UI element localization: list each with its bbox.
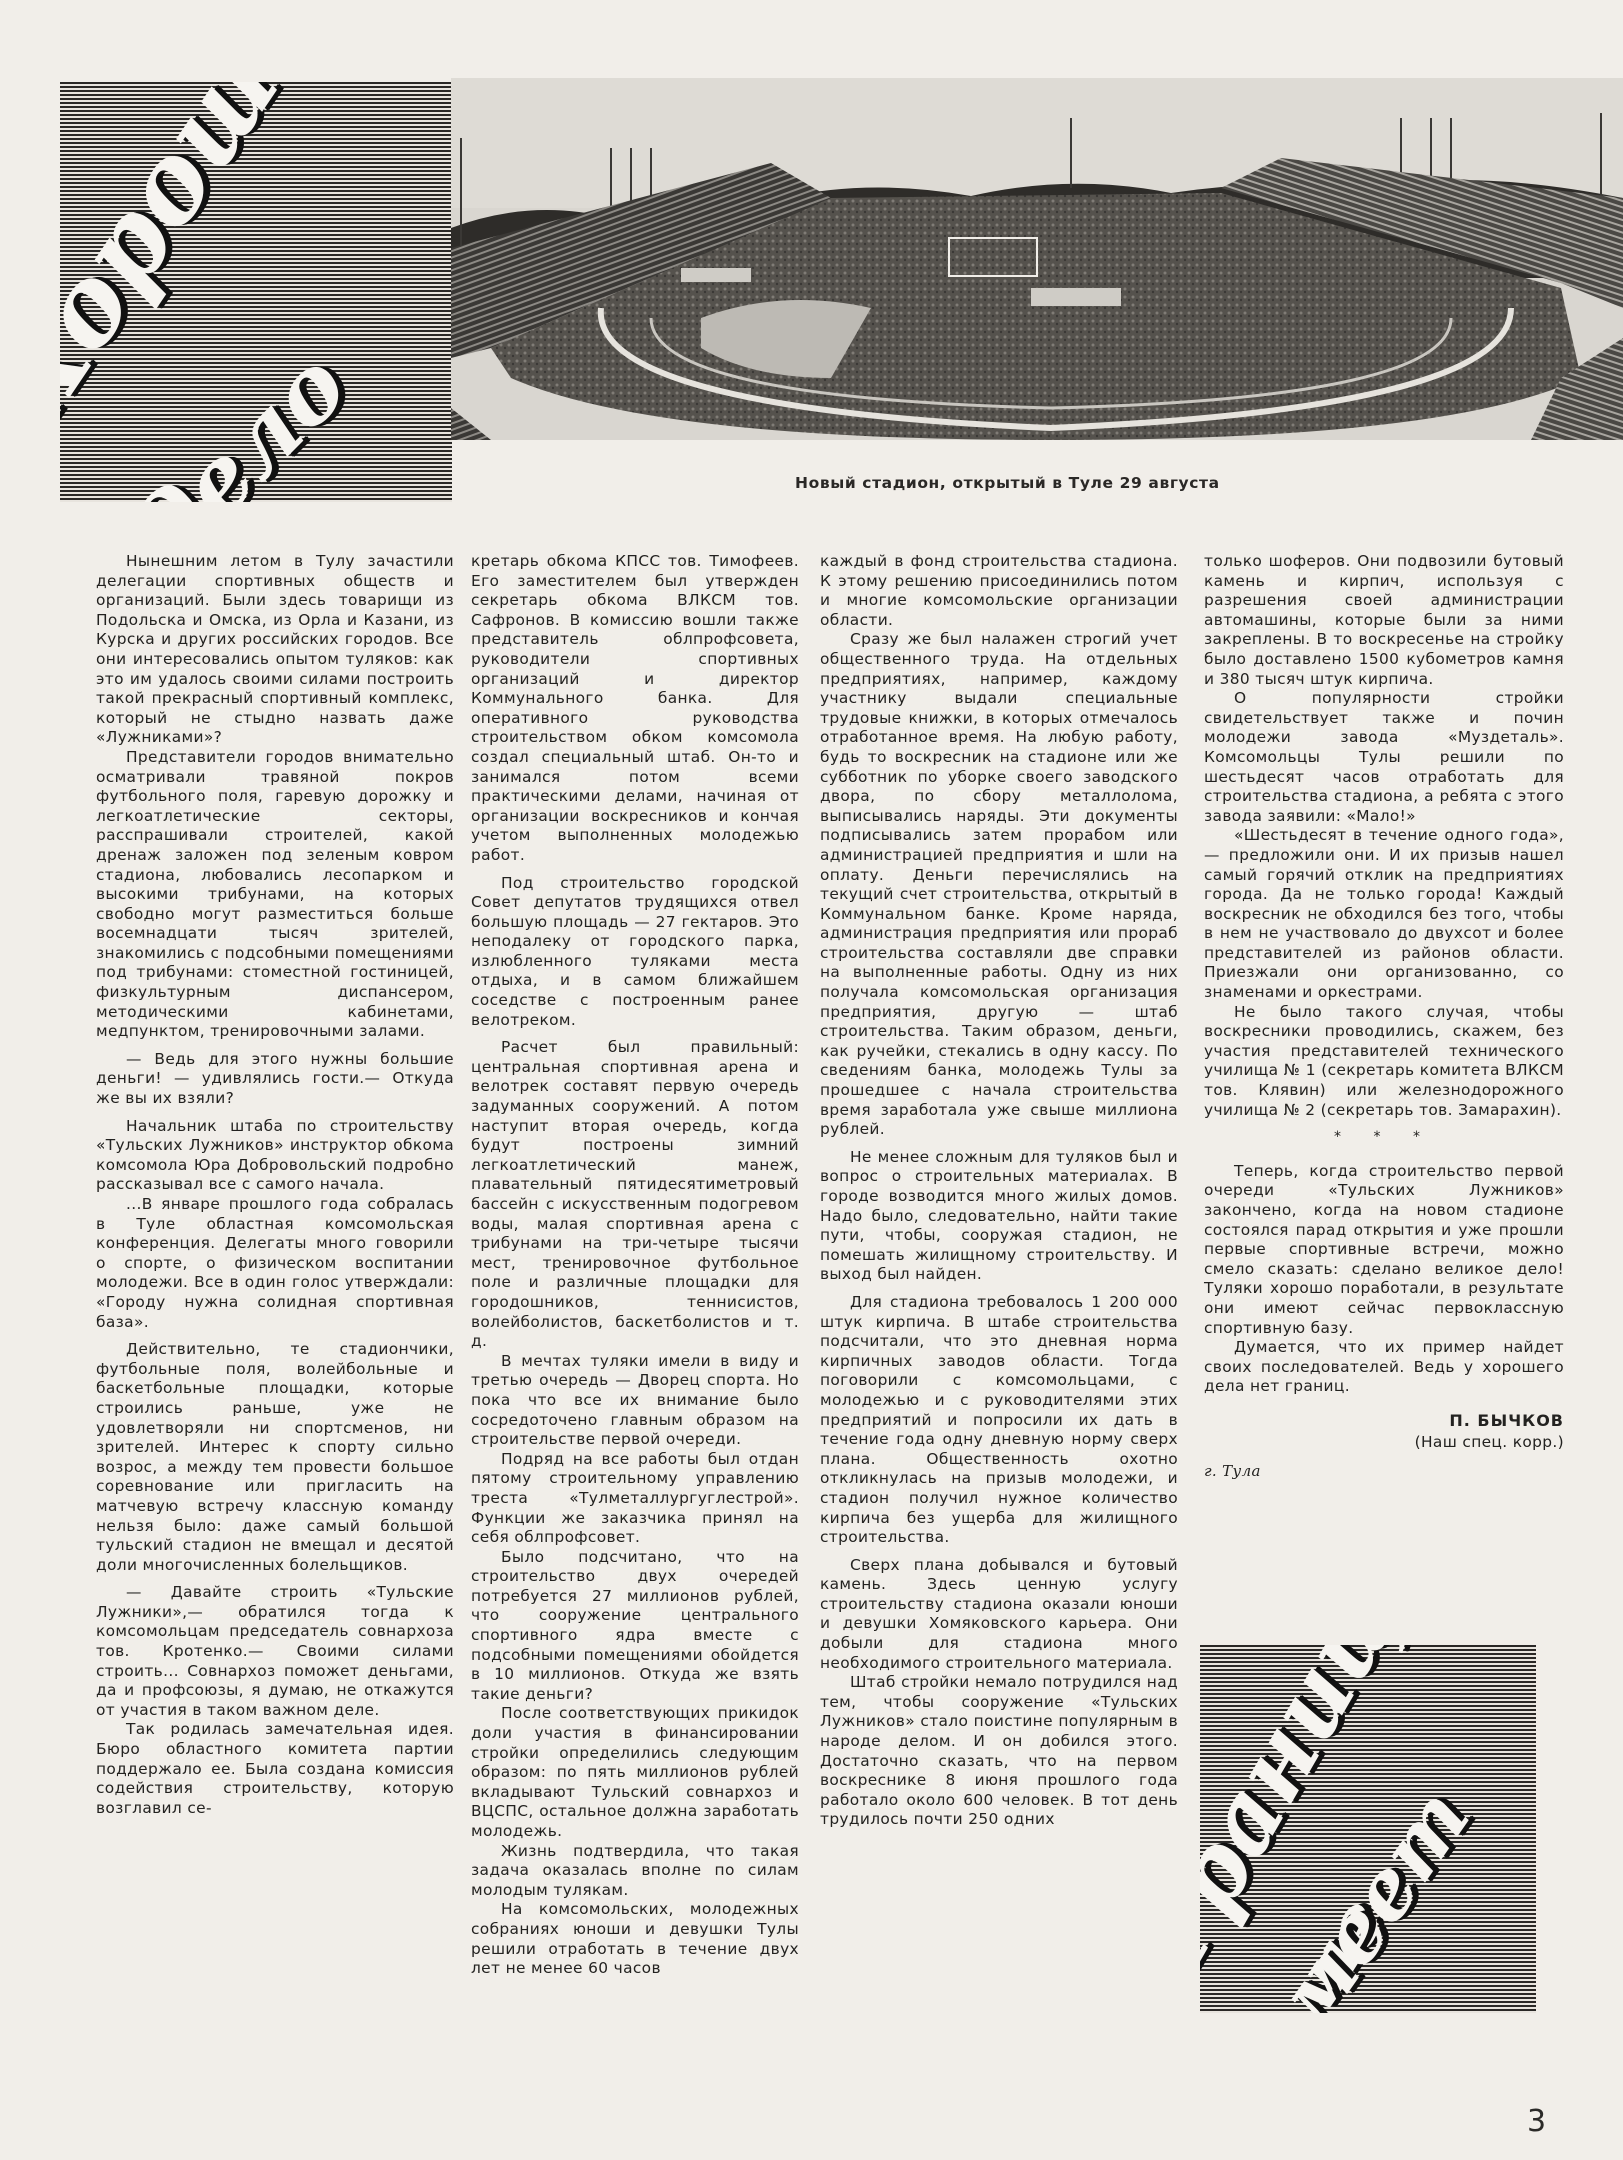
paragraph: ...В январе прошлого года собралась в Ту… [96, 1195, 454, 1332]
section-separator: * * * [1204, 1128, 1564, 1148]
dateline-place: г. Тула [1204, 1462, 1564, 1482]
paragraph: Начальник штаба по строительству «Тульск… [96, 1117, 454, 1195]
paragraph: Жизнь подтвердила, что такая задача оказ… [471, 1842, 799, 1901]
paragraph: На комсомольских, молодежных собраниях ю… [471, 1900, 799, 1978]
stadium-photo [451, 78, 1623, 440]
stadium-photo-icon [451, 78, 1623, 440]
photo-caption: Новый стадион, открытый в Туле 29 август… [795, 474, 1255, 492]
author-affiliation: (Наш спец. корр.) [1204, 1433, 1564, 1453]
article-column-1: Нынешним летом в Тулу зачастили делегаци… [96, 552, 454, 1818]
magazine-page: Хорошее дело [0, 0, 1623, 2160]
paragraph: Так родилась замечательная идея. Бюро об… [96, 1720, 454, 1818]
author-name: П. БЫЧКОВ [1204, 1411, 1564, 1431]
article-column-3: каждый в фонд строительства стадиона. К … [820, 552, 1178, 1830]
paragraph: Теперь, когда строительство первой очере… [1204, 1162, 1564, 1338]
paragraph: каждый в фонд строительства стадиона. К … [820, 552, 1178, 630]
paragraph: Под строительство городской Совет депута… [471, 874, 799, 1031]
paragraph: Представители городов внимательно осматр… [96, 748, 454, 1042]
paragraph: Думается, что их пример найдет своих пос… [1204, 1338, 1564, 1397]
title-block-good-deed: Хорошее дело [60, 82, 452, 502]
paragraph: Для стадиона требовалось 1 200 000 штук … [820, 1293, 1178, 1548]
paragraph: Сразу же был налажен строгий учет общест… [820, 630, 1178, 1139]
paragraph: — Ведь для этого нужны большие деньги! —… [96, 1050, 454, 1109]
article-column-2: кретарь обкома КПСС тов. Тимофеев. Его з… [471, 552, 799, 1979]
paragraph: «Шестьдесят в течение одного года»,— пре… [1204, 826, 1564, 1002]
paragraph: кретарь обкома КПСС тов. Тимофеев. Его з… [471, 552, 799, 866]
paragraph: Не менее сложным для туляков был и вопро… [820, 1148, 1178, 1285]
paragraph: Нынешним летом в Тулу зачастили делегаци… [96, 552, 454, 748]
paragraph: После соответствующих прикидок доли учас… [471, 1704, 799, 1841]
title-word-2: дело [114, 331, 368, 502]
paragraph: только шоферов. Они подвозили бутовый ка… [1204, 552, 1564, 689]
page-number: 3 [1527, 2104, 1546, 2139]
paragraph: Штаб стройки немало потрудился над тем, … [820, 1673, 1178, 1830]
article-column-4: только шоферов. Они подвозили бутовый ка… [1204, 552, 1564, 1482]
paragraph: О популярности стройки свидетельствует т… [1204, 689, 1564, 826]
paragraph: Действительно, те стадиончики, футбольны… [96, 1340, 454, 1575]
paragraph: Было подсчитано, что на строительство дв… [471, 1548, 799, 1705]
paragraph: Сверх плана добывался и бутовый камень. … [820, 1556, 1178, 1674]
paragraph: Не было такого случая, чтобы воскресники… [1204, 1003, 1564, 1121]
title-block-no-borders: Границ не имеет [1200, 1645, 1536, 2013]
paragraph: — Давайте строить «Тульские Лужники»,— о… [96, 1583, 454, 1720]
paragraph: Подряд на все работы был отдан пятому ст… [471, 1450, 799, 1548]
paragraph: Расчет был правильный: центральная спорт… [471, 1038, 799, 1352]
paragraph: В мечтах туляки имели в виду и третью оч… [471, 1352, 799, 1450]
